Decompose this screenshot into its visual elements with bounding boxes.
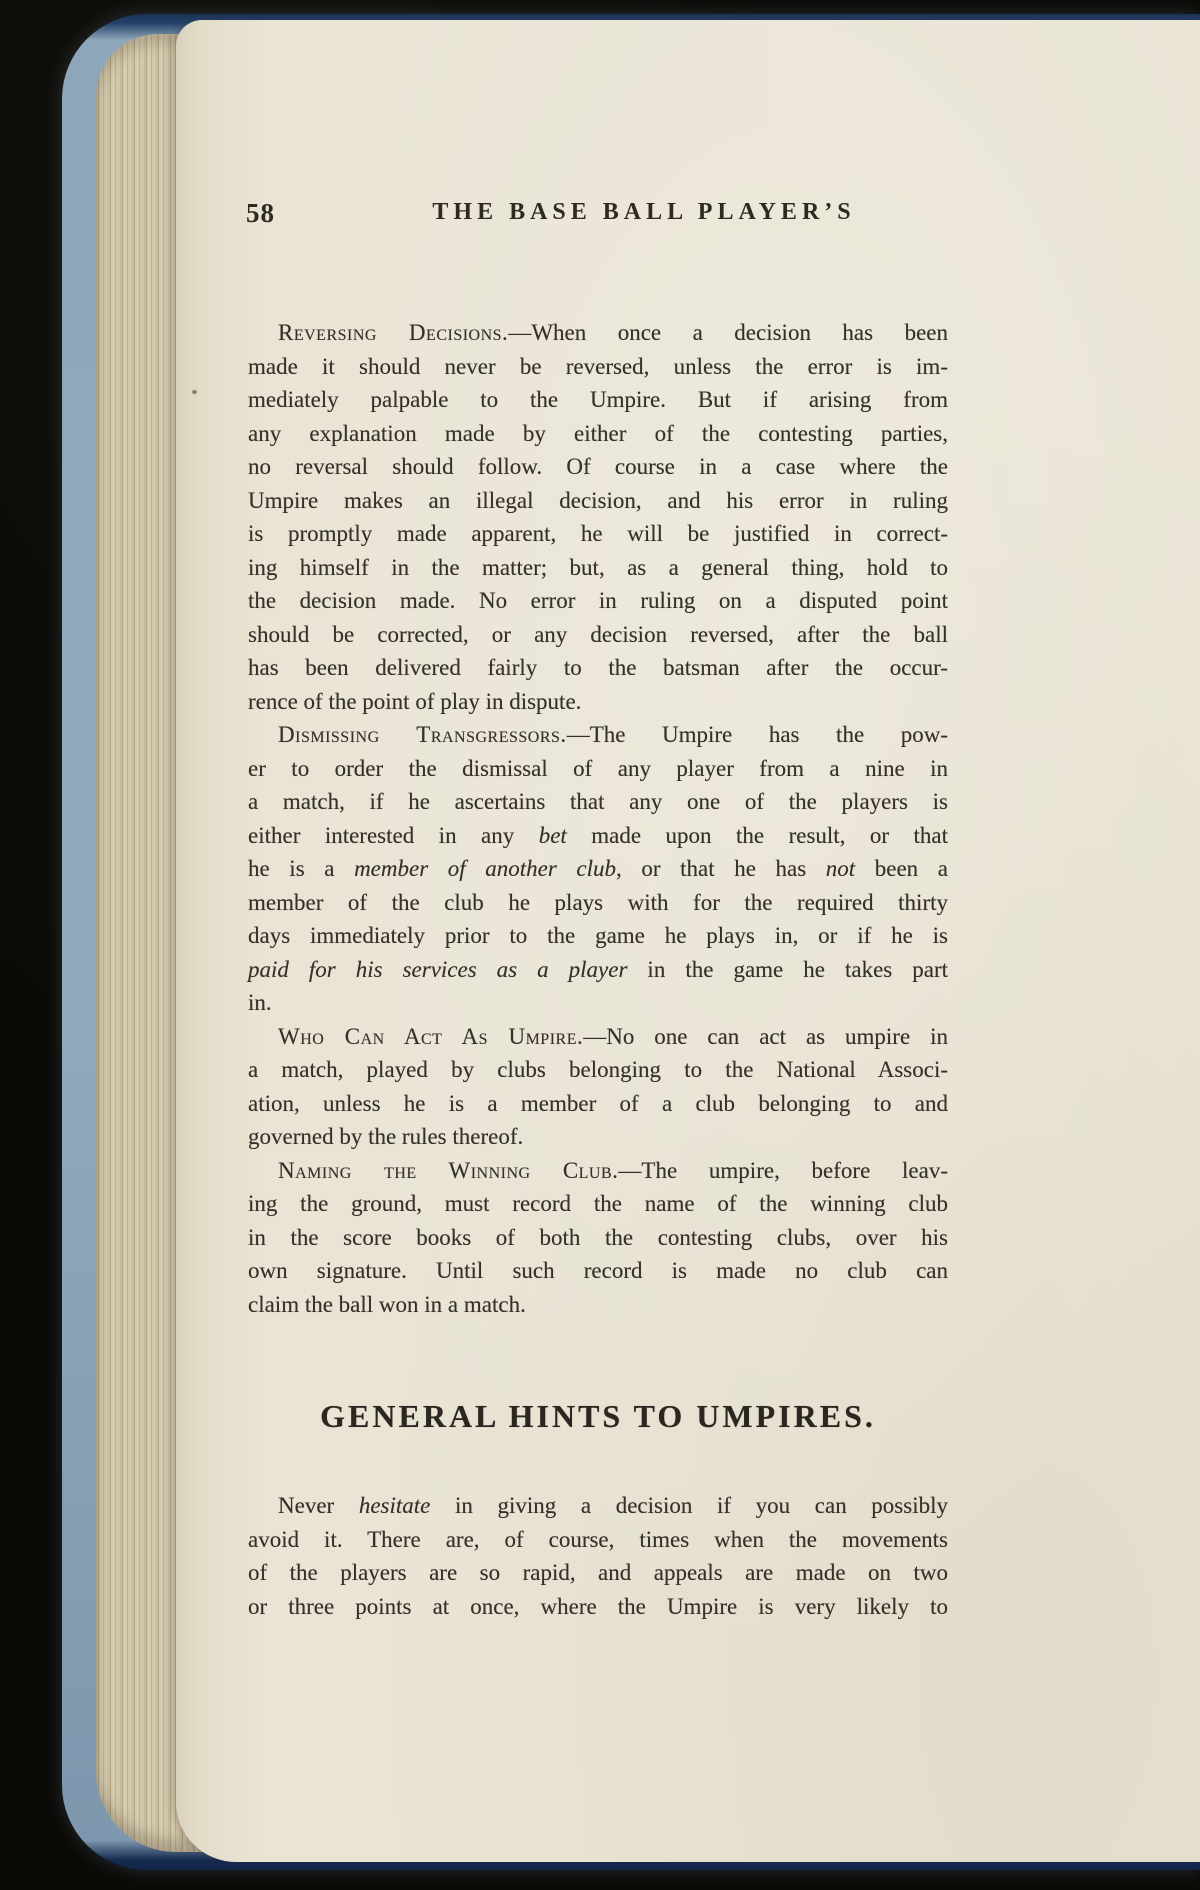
italic-text: paid for his services as a player (248, 957, 627, 982)
body-text-run: in the score books of both the contestin… (248, 1225, 948, 1250)
text-line: ing himself in the matter; but, as a gen… (248, 551, 948, 585)
body-text-run: the decision made. No error in ruling on… (248, 588, 948, 613)
body-text-upper: Reversing Decisions.—When once a decisio… (248, 316, 948, 1321)
body-text-run: in. (248, 990, 272, 1015)
body-text-run: made upon the result, or that (567, 823, 948, 848)
text-line: no reversal should follow. Of course in … (248, 450, 948, 484)
body-text-run: he is a (248, 856, 354, 881)
page-header: 58 THE BASE BALL PLAYER’S (248, 198, 948, 232)
body-text-run: , or that he has (616, 856, 826, 881)
text-line: a match, if he ascertains that any one o… (248, 785, 948, 819)
body-text-run: or three points at once, where the Umpir… (248, 1594, 948, 1619)
text-line: any explanation made by either of the co… (248, 417, 948, 451)
body-text-run: in giving a decision if you can possibly (430, 1493, 948, 1518)
text-line: er to order the dismissal of any player … (248, 752, 948, 786)
text-line: has been delivered fairly to the batsman… (248, 651, 948, 685)
text-line: Umpire makes an illegal decision, and hi… (248, 484, 948, 518)
text-line: own signature. Until such record is made… (248, 1254, 948, 1288)
text-line: either interested in any bet made upon t… (248, 819, 948, 853)
body-text-lower: Never hesitate in giving a decision if y… (248, 1489, 948, 1623)
text-line: Reversing Decisions.—When once a decisio… (248, 316, 948, 350)
body-text-run: no reversal should follow. Of course in … (248, 454, 948, 479)
body-text-run: of the players are so rapid, and appeals… (248, 1560, 948, 1585)
body-text-run: ing himself in the matter; but, as a gen… (248, 555, 948, 580)
body-text-run: avoid it. There are, of course, times wh… (248, 1527, 948, 1552)
body-text-run: ing the ground, must record the name of … (248, 1191, 948, 1216)
body-text-run: Umpire makes an illegal decision, and hi… (248, 488, 948, 513)
body-text-run: in the game he takes part (627, 957, 948, 982)
body-text-run: Never (278, 1493, 359, 1518)
text-line: he is a member of another club, or that … (248, 852, 948, 886)
text-line: Who Can Act As Umpire.—No one can act as… (248, 1020, 948, 1054)
body-text-run: been a (855, 856, 948, 881)
italic-text: not (826, 856, 855, 881)
text-line: or three points at once, where the Umpir… (248, 1590, 948, 1624)
body-text-run: a match, if he ascertains that any one o… (248, 789, 948, 814)
body-text-run: any explanation made by either of the co… (248, 421, 948, 446)
text-line: of the players are so rapid, and appeals… (248, 1556, 948, 1590)
text-line: a match, played by clubs belonging to th… (248, 1053, 948, 1087)
body-text-run: should be corrected, or any decision rev… (248, 622, 948, 647)
text-line: mediately palpable to the Umpire. But if… (248, 383, 948, 417)
body-text-run: member of the club he plays with for the… (248, 890, 948, 915)
text-line: avoid it. There are, of course, times wh… (248, 1523, 948, 1557)
italic-text: hesitate (359, 1493, 431, 1518)
body-text-run: a match, played by clubs belonging to th… (248, 1057, 948, 1082)
body-text-run: days immediately prior to the game he pl… (248, 923, 948, 948)
page-number: 58 (246, 198, 275, 229)
text-line: member of the club he plays with for the… (248, 886, 948, 920)
body-text-run: er to order the dismissal of any player … (248, 756, 948, 781)
paragraph: Dismissing Transgressors.—The Umpire has… (248, 718, 948, 1020)
body-text-run: claim the ball won in a match. (248, 1292, 526, 1317)
text-line: Dismissing Transgressors.—The Umpire has… (248, 718, 948, 752)
text-line: Never hesitate in giving a decision if y… (248, 1489, 948, 1523)
paragraph: Naming the Winning Club.—The umpire, bef… (248, 1154, 948, 1322)
small-caps-lead-in: Who Can Act As Umpire. (278, 1024, 583, 1049)
body-text-run: —The Umpire has the pow- (567, 722, 948, 747)
paragraph: Who Can Act As Umpire.—No one can act as… (248, 1020, 948, 1154)
section-heading: GENERAL HINTS TO UMPIRES. (248, 1395, 948, 1437)
text-line: in the score books of both the contestin… (248, 1221, 948, 1255)
running-title: THE BASE BALL PLAYER’S (294, 199, 994, 226)
italic-text: bet (539, 823, 567, 848)
text-line: ing the ground, must record the name of … (248, 1187, 948, 1221)
body-text-run: —No one can act as umpire in (583, 1024, 948, 1049)
body-text-run: rence of the point of play in dispute. (248, 689, 581, 714)
page-content: 58 THE BASE BALL PLAYER’S Reversing Deci… (248, 20, 948, 1623)
text-line: the decision made. No error in ruling on… (248, 584, 948, 618)
text-line: is promptly made apparent, he will be ju… (248, 517, 948, 551)
small-caps-lead-in: Reversing Decisions. (278, 320, 508, 345)
ink-speck (192, 390, 197, 394)
small-caps-lead-in: Naming the Winning Club. (278, 1158, 618, 1183)
body-text-run: either interested in any (248, 823, 539, 848)
body-text-run: own signature. Until such record is made… (248, 1258, 948, 1283)
body-text-run: is promptly made apparent, he will be ju… (248, 521, 948, 546)
body-text-run: governed by the rules thereof. (248, 1124, 523, 1149)
body-text-run: made it should never be reversed, unless… (248, 354, 948, 379)
text-line: Naming the Winning Club.—The umpire, bef… (248, 1154, 948, 1188)
text-line: should be corrected, or any decision rev… (248, 618, 948, 652)
body-text-run: ation, unless he is a member of a club b… (248, 1091, 948, 1116)
text-line: in. (248, 986, 948, 1020)
body-text-run: —The umpire, before leav- (618, 1158, 948, 1183)
text-line: claim the ball won in a match. (248, 1288, 948, 1322)
text-line: governed by the rules thereof. (248, 1120, 948, 1154)
small-caps-lead-in: Dismissing Transgressors. (278, 722, 567, 747)
scanned-book-photo: 58 THE BASE BALL PLAYER’S Reversing Deci… (0, 0, 1200, 1890)
body-text-run: has been delivered fairly to the batsman… (248, 655, 948, 680)
text-line: days immediately prior to the game he pl… (248, 919, 948, 953)
text-line: paid for his services as a player in the… (248, 953, 948, 987)
book-page: 58 THE BASE BALL PLAYER’S Reversing Deci… (176, 20, 1200, 1862)
paragraph: Never hesitate in giving a decision if y… (248, 1489, 948, 1623)
text-line: made it should never be reversed, unless… (248, 350, 948, 384)
body-text-run: —When once a decision has been (508, 320, 948, 345)
italic-text: member of another club (354, 856, 616, 881)
text-line: rence of the point of play in dispute. (248, 685, 948, 719)
paragraph: Reversing Decisions.—When once a decisio… (248, 316, 948, 718)
body-text-run: mediately palpable to the Umpire. But if… (248, 387, 948, 412)
text-line: ation, unless he is a member of a club b… (248, 1087, 948, 1121)
